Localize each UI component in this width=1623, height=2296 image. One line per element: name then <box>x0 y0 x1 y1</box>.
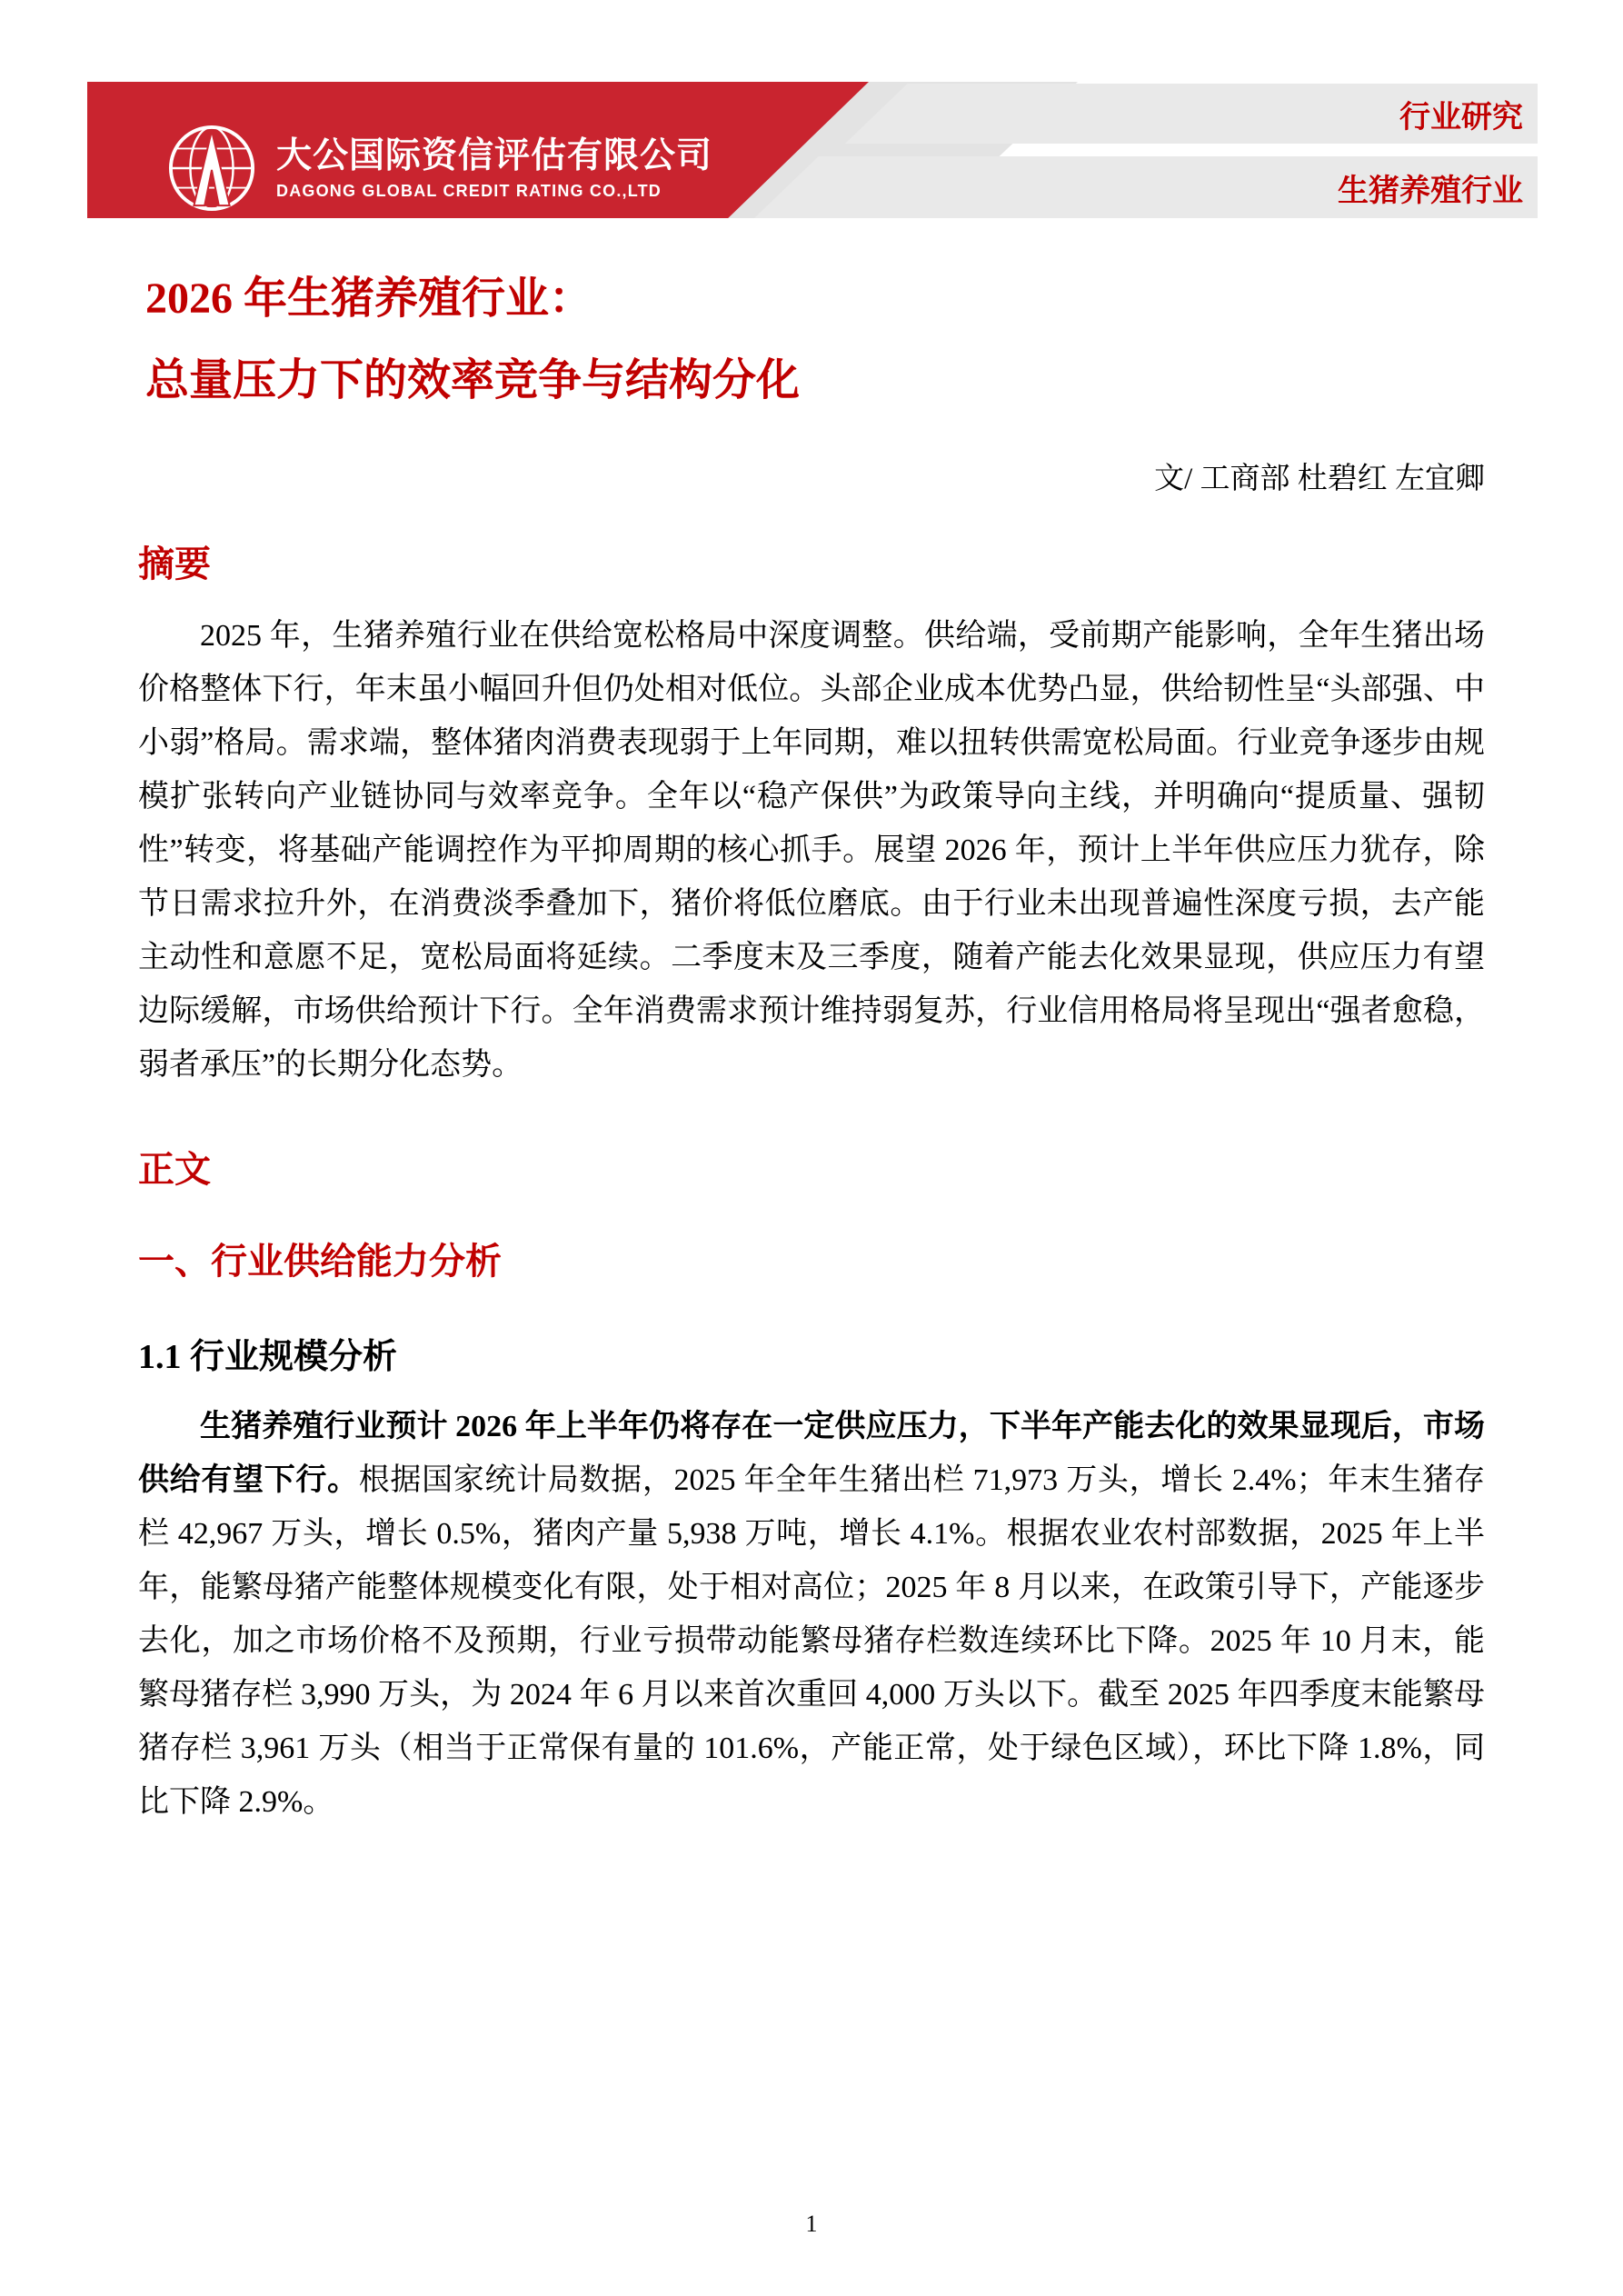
body-paragraph: 生猪养殖行业预计 2026 年上半年仍将存在一定供应压力，下半年产能去化的效果显… <box>138 1400 1485 1829</box>
subsection-1-1-heading: 1.1 行业规模分析 <box>138 1328 1485 1378</box>
report-title-line1: 2026 年生猪养殖行业： <box>145 273 1485 325</box>
abstract-heading: 摘要 <box>138 535 1485 587</box>
main-text-heading: 正文 <box>138 1141 1485 1193</box>
page-number: 1 <box>0 2211 1623 2238</box>
document-content: 2026 年生猪养殖行业： 总量压力下的效率竞争与结构分化 文/ 工商部 杜碧红… <box>138 0 1485 1829</box>
byline: 文/ 工商部 杜碧红 左宜卿 <box>138 454 1485 497</box>
report-title-line2: 总量压力下的效率竞争与结构分化 <box>145 354 1485 407</box>
paragraph-rest: 根据国家统计局数据，2025 年全年生猪出栏 71,973 万头，增长 2.4%… <box>138 1463 1485 1819</box>
abstract-paragraph: 2025 年，生猪养殖行业在供给宽松格局中深度调整。供给端，受前期产能影响，全年… <box>138 609 1485 1092</box>
report-page: 大公国际资信评估有限公司 DAGONG GLOBAL CREDIT RATING… <box>0 0 1623 2296</box>
section-1-heading: 一、行业供给能力分析 <box>138 1233 1485 1284</box>
